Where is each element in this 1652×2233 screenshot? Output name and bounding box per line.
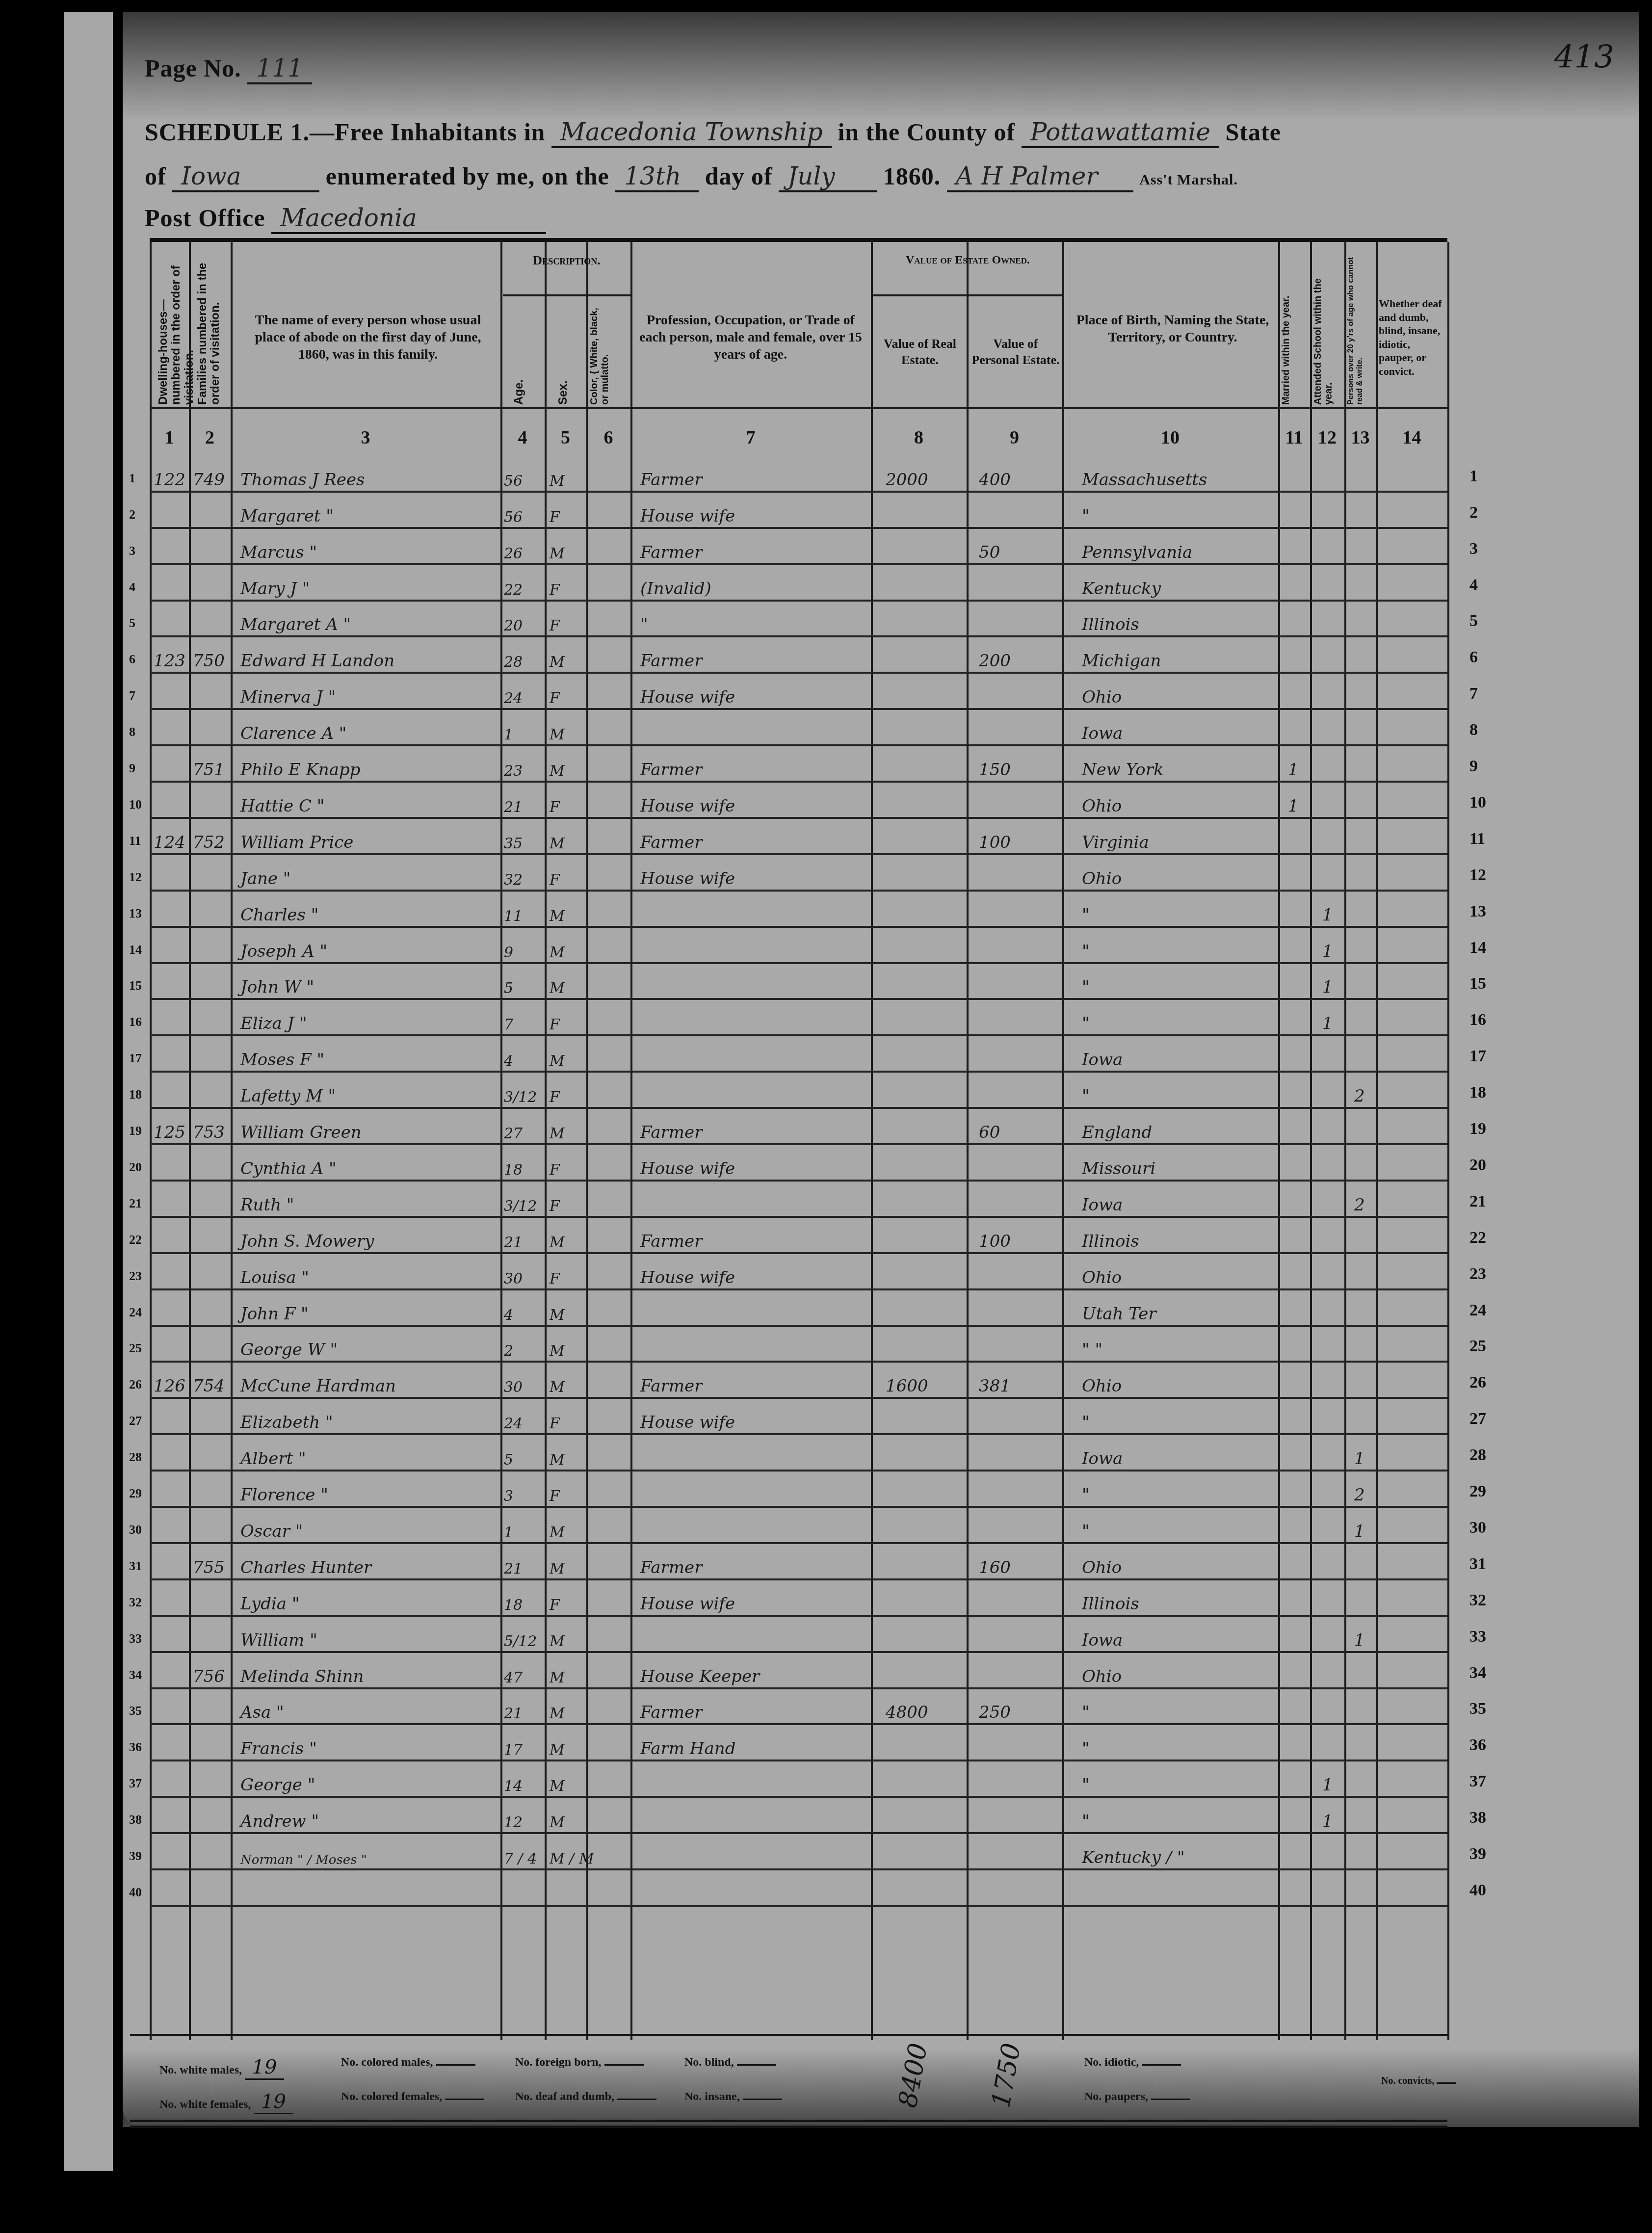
birthplace: " (1082, 1812, 1090, 1831)
occupation: Farmer (640, 1703, 702, 1722)
real-estate-value: 4800 (886, 1703, 928, 1722)
birthplace: Ohio (1082, 1376, 1122, 1396)
occupation: (Invalid) (640, 579, 711, 599)
marshal-label: Ass't Marshal. (1139, 172, 1238, 188)
birthplace: " (1082, 1522, 1090, 1541)
birthplace: " (1082, 1485, 1090, 1505)
line-number-left: 40 (129, 1885, 142, 1900)
line-number-left: 14 (129, 943, 142, 957)
personal-estate-value: 200 (979, 651, 1011, 671)
occupation: Farmer (640, 833, 702, 852)
occupation: House wife (640, 1268, 735, 1287)
post-office-field: Macedonia (271, 204, 546, 234)
year-label: 1860. (883, 162, 941, 190)
person-name: William Price (240, 833, 353, 852)
line-number-left: 29 (129, 1486, 142, 1501)
person-name: Ruth " (240, 1195, 294, 1215)
sex: F (550, 1488, 560, 1505)
person-name: Mary J " (240, 579, 310, 599)
age: 18 (504, 1161, 523, 1179)
line-number-right: 30 (1469, 1519, 1486, 1537)
occupation: House wife (640, 869, 735, 889)
colored-males-summary: No. colored males, (341, 2056, 475, 2069)
table-row: 23Louisa "30FHouse wifeOhio23 (150, 1254, 1447, 1290)
white-males-count: 19 (245, 2056, 284, 2080)
sex: M (550, 1669, 565, 1686)
line-number-left: 39 (129, 1849, 142, 1864)
birthplace: " (1082, 506, 1090, 526)
birthplace: Ohio (1082, 1268, 1122, 1287)
birthplace: Illinois (1082, 1594, 1139, 1614)
summary-footer: No. white males, 19 No. white females, 1… (150, 2041, 1447, 2129)
col-number: 8 (871, 427, 967, 448)
occupation: House Keeper (640, 1667, 760, 1686)
age: 11 (504, 908, 523, 925)
occupation: Farmer (640, 1123, 702, 1142)
family-number: 751 (193, 760, 225, 780)
line-number-right: 4 (1469, 576, 1478, 595)
total-real-estate: 8400 (893, 2041, 933, 2110)
personal-estate-value: 100 (979, 1232, 1011, 1251)
col13-header: Persons over 20 y'rs of age who cannot r… (1347, 248, 1375, 405)
line-number-left: 11 (129, 834, 141, 848)
occupation: Farmer (640, 651, 702, 671)
line-number-right: 24 (1469, 1301, 1486, 1320)
personal-estate-value: 50 (979, 543, 1000, 562)
person-name: Lafetty M " (240, 1086, 336, 1106)
family-number: 752 (193, 833, 225, 852)
person-name: Philo E Knapp (240, 760, 361, 780)
sex: M (550, 980, 565, 997)
age: 22 (504, 581, 523, 599)
person-name: Albert " (240, 1449, 306, 1469)
table-row: 4040 (150, 1870, 1447, 1907)
person-name: George " (240, 1775, 315, 1795)
line-number-right: 34 (1469, 1664, 1486, 1682)
table-row: 24John F "4MUtah Ter24 (150, 1290, 1447, 1327)
age: 5 (504, 980, 513, 997)
enumeration-line: of Iowa enumerated by me, on the 13th da… (145, 162, 1238, 192)
sex: M (550, 545, 565, 562)
personal-estate-value: 60 (979, 1123, 1000, 1142)
illiterate-mark: 2 (1354, 1195, 1365, 1215)
convicts-summary: No. convicts, (1381, 2075, 1456, 2087)
line-number-left: 31 (129, 1559, 142, 1574)
age: 5/12 (504, 1633, 537, 1650)
illiterate-mark: 1 (1354, 1522, 1365, 1541)
table-row: 17Moses F "4MIowa17 (150, 1036, 1447, 1073)
table-row: 31755Charles Hunter21MFarmer160Ohio31 (150, 1544, 1447, 1580)
age: 23 (504, 762, 523, 780)
sex: M (550, 1307, 565, 1324)
line-number-right: 36 (1469, 1736, 1486, 1755)
birthplace: Ohio (1082, 796, 1122, 816)
personal-estate-value: 250 (979, 1703, 1011, 1722)
table-row: 11124752William Price35MFarmer100Virgini… (150, 819, 1447, 855)
table-row: 15John W "5M"115 (150, 964, 1447, 1000)
line-number-left: 3 (129, 544, 135, 558)
of-label: of (145, 162, 166, 190)
age: 7 (504, 1016, 513, 1033)
month-field: July (779, 162, 877, 192)
sex: M (550, 1379, 565, 1396)
person-name: Melinda Shinn (240, 1667, 364, 1686)
line-number-left: 8 (129, 725, 135, 739)
birthplace: Iowa (1082, 724, 1123, 743)
person-name: McCune Hardman (240, 1376, 396, 1396)
birthplace: England (1082, 1123, 1152, 1142)
occupation: House wife (640, 1594, 735, 1614)
table-row: 39Norman " / Moses "7 / 4M / MKentucky /… (150, 1834, 1447, 1870)
birthplace: " (1082, 1739, 1090, 1759)
township-field: Macedonia Township (551, 118, 832, 148)
table-row: 8Clarence A "1MIowa8 (150, 710, 1447, 746)
personal-estate-value: 100 (979, 833, 1011, 852)
person-name: Lydia " (240, 1594, 300, 1614)
person-name: John S. Mowery (240, 1232, 374, 1251)
age: 56 (504, 509, 523, 526)
person-name: Moses F " (240, 1050, 324, 1070)
marshal-signature: A H Palmer (947, 162, 1133, 192)
age: 4 (504, 1052, 513, 1070)
col1-header: Dwelling-houses— numbered in the order o… (157, 258, 186, 405)
line-number-right: 18 (1469, 1083, 1486, 1102)
sex: M (550, 1052, 565, 1070)
col6-header: Color, { White, black, or mulatto. (589, 299, 628, 405)
state-label: State (1226, 118, 1281, 146)
person-name: Eliza J " (240, 1014, 307, 1033)
table-row: 34756Melinda Shinn47MHouse KeeperOhio34 (150, 1653, 1447, 1689)
line-number-right: 35 (1469, 1700, 1486, 1718)
age: 5 (504, 1451, 513, 1469)
line-number-right: 27 (1469, 1410, 1486, 1428)
birthplace: " (1082, 1703, 1090, 1722)
person-name: Charles " (240, 905, 318, 925)
line-number-right: 21 (1469, 1192, 1486, 1211)
sex: M / M (550, 1850, 594, 1867)
dwelling-number: 123 (154, 651, 185, 671)
person-name: Margaret " (240, 506, 334, 526)
birthplace: Massachusetts (1082, 470, 1207, 490)
line-number-left: 25 (129, 1341, 142, 1356)
school-mark: 1 (1322, 942, 1333, 961)
col-number: 14 (1376, 427, 1447, 448)
table-row: 10Hattie C "21FHouse wifeOhio110 (150, 783, 1447, 819)
age: 12 (504, 1814, 523, 1831)
sex: F (550, 690, 560, 707)
sex: M (550, 1814, 565, 1831)
personal-estate-value: 381 (979, 1376, 1011, 1396)
age: 21 (504, 1234, 523, 1251)
school-mark: 1 (1322, 905, 1333, 925)
sex: M (550, 944, 565, 961)
school-mark: 1 (1322, 977, 1333, 997)
day-of-label: day of (705, 162, 773, 190)
line-number-right: 13 (1469, 902, 1486, 921)
table-row: 35Asa "21MFarmer4800250"35 (150, 1689, 1447, 1726)
line-number-right: 33 (1469, 1628, 1486, 1646)
col7-header: Profession, Occupation, or Trade of each… (635, 312, 866, 363)
sex: M (550, 908, 565, 925)
birthplace: Iowa (1082, 1630, 1123, 1650)
table-row: 37George "14M"137 (150, 1761, 1447, 1798)
family-number: 750 (193, 651, 225, 671)
table-row: 29Florence "3F"229 (150, 1471, 1447, 1508)
col9-header: Value of Personal Estate. (969, 336, 1062, 368)
line-number-right: 5 (1469, 612, 1478, 630)
line-number-left: 21 (129, 1196, 142, 1211)
line-number-right: 15 (1469, 974, 1486, 993)
line-number-right: 14 (1469, 939, 1486, 957)
post-office-label: Post Office (145, 204, 265, 232)
county-label: in the County of (838, 118, 1015, 146)
birthplace: " (1082, 905, 1090, 925)
col2-header: Families numbered in the order of visita… (196, 258, 226, 405)
table-row: 16Eliza J "7F"116 (150, 1000, 1447, 1037)
occupation: " (640, 615, 648, 634)
col-number: 1 (150, 427, 189, 448)
sex: M (550, 835, 565, 852)
line-number-right: 37 (1469, 1772, 1486, 1791)
occupation: House wife (640, 506, 735, 526)
col5-header: Sex. (557, 312, 579, 405)
person-name: Thomas J Rees (240, 470, 365, 490)
sex: F (550, 1089, 560, 1106)
age: 24 (504, 1415, 523, 1432)
age: 4 (504, 1307, 513, 1324)
line-number-right: 6 (1469, 648, 1478, 667)
sex: F (550, 1161, 560, 1179)
col14-header: Whether deaf and dumb, blind, insane, id… (1379, 297, 1446, 378)
table-row: 6123750Edward H Landon28MFarmer200Michig… (150, 638, 1447, 674)
table-row: 2Margaret "56FHouse wife"2 (150, 493, 1447, 529)
line-number-left: 12 (129, 870, 142, 885)
age: 2 (504, 1342, 513, 1360)
sex: F (550, 1415, 560, 1432)
family-number: 755 (193, 1558, 225, 1577)
age: 26 (504, 545, 523, 562)
table-row: 7Minerva J "24FHouse wifeOhio7 (150, 674, 1447, 710)
school-mark: 1 (1322, 1014, 1333, 1033)
table-row: 3Marcus "26MFarmer50Pennsylvania3 (150, 529, 1447, 565)
occupation: Farm Hand (640, 1739, 735, 1759)
page-no-label: Page No. (145, 54, 241, 82)
sex: M (550, 762, 565, 780)
sex: F (550, 581, 560, 599)
person-name: Edward H Landon (240, 651, 394, 671)
line-number-left: 20 (129, 1160, 142, 1175)
person-name: Florence " (240, 1485, 328, 1505)
line-number-right: 20 (1469, 1156, 1486, 1175)
line-number-right: 40 (1469, 1881, 1486, 1900)
birthplace: " (1082, 1413, 1090, 1432)
line-number-left: 23 (129, 1269, 142, 1284)
line-number-left: 30 (129, 1523, 142, 1537)
person-name: Cynthia A " (240, 1159, 337, 1179)
table-row: 33William "5/12MIowa133 (150, 1617, 1447, 1653)
person-name: Louisa " (240, 1268, 309, 1287)
line-number-right: 22 (1469, 1229, 1486, 1247)
total-personal-estate: 1750 (986, 2041, 1026, 2110)
line-number-left: 15 (129, 978, 142, 993)
age: 20 (504, 617, 523, 634)
col-number: 3 (231, 427, 500, 448)
sex: M (550, 1451, 565, 1469)
occupation: House wife (640, 1413, 735, 1432)
occupation: Farmer (640, 1558, 702, 1577)
dwelling-number: 125 (154, 1123, 185, 1142)
line-number-left: 5 (129, 616, 135, 630)
family-number: 753 (193, 1123, 225, 1142)
birthplace: Michigan (1082, 651, 1161, 671)
sex: F (550, 799, 560, 816)
line-number-left: 10 (129, 797, 142, 812)
line-number-left: 36 (129, 1740, 142, 1755)
birthplace: Ohio (1082, 869, 1122, 889)
col-number: 10 (1062, 427, 1278, 448)
line-number-left: 26 (129, 1377, 142, 1392)
table-row: 13Charles "11M"113 (150, 892, 1447, 928)
birthplace: Ohio (1082, 1667, 1122, 1686)
line-number-right: 31 (1469, 1555, 1486, 1574)
birthplace: Ohio (1082, 687, 1122, 707)
deaf-dumb-summary: No. deaf and dumb, (515, 2090, 656, 2103)
birthplace: Pennsylvania (1082, 543, 1192, 562)
line-number-left: 1 (129, 471, 135, 486)
table-row: 27Elizabeth "24FHouse wife"27 (150, 1399, 1447, 1435)
birthplace: Iowa (1082, 1195, 1123, 1215)
age: 32 (504, 871, 523, 889)
birthplace: Missouri (1082, 1159, 1155, 1179)
sex: M (550, 654, 565, 671)
personal-estate-value: 400 (979, 470, 1011, 490)
line-number-left: 16 (129, 1015, 142, 1029)
line-number-left: 19 (129, 1124, 142, 1138)
line-number-right: 12 (1469, 866, 1486, 885)
table-row: 25George W "2M" "25 (150, 1327, 1447, 1363)
col12-header: Attended School within the year. (1312, 258, 1343, 405)
age: 28 (504, 654, 523, 671)
age: 7 / 4 (504, 1850, 537, 1867)
illiterate-mark: 1 (1354, 1630, 1365, 1650)
census-page: Page No. 111 413 SCHEDULE 1.—Free Inhabi… (123, 12, 1639, 2127)
age: 18 (504, 1597, 523, 1614)
age: 21 (504, 799, 523, 816)
schedule-line: SCHEDULE 1.—Free Inhabitants in Macedoni… (145, 118, 1281, 148)
line-number-right: 2 (1469, 503, 1478, 522)
sex: M (550, 473, 565, 490)
line-number-left: 27 (129, 1414, 142, 1428)
age: 56 (504, 473, 523, 490)
line-number-right: 26 (1469, 1373, 1486, 1392)
table-row: 1122749Thomas J Rees56MFarmer2000400Mass… (150, 456, 1447, 493)
line-number-left: 28 (129, 1450, 142, 1465)
line-number-right: 23 (1469, 1265, 1486, 1284)
birthplace: " (1082, 942, 1090, 961)
line-number-right: 25 (1469, 1337, 1486, 1356)
occupation: Farmer (640, 1376, 702, 1396)
birthplace: Ohio (1082, 1558, 1122, 1577)
person-name: Minerva J " (240, 687, 336, 707)
birthplace: Illinois (1082, 1232, 1139, 1251)
dwelling-number: 122 (154, 470, 185, 490)
birthplace: Illinois (1082, 615, 1139, 634)
line-number-left: 32 (129, 1595, 142, 1610)
person-name: Oscar " (240, 1522, 303, 1541)
birthplace: Iowa (1082, 1449, 1123, 1469)
day-field: 13th (615, 162, 699, 192)
table-row: 38Andrew "12M"138 (150, 1798, 1447, 1834)
line-number-left: 33 (129, 1631, 142, 1646)
age: 21 (504, 1705, 523, 1722)
birthplace: Iowa (1082, 1050, 1123, 1070)
person-name: William Green (240, 1123, 362, 1142)
blind-summary: No. blind, (684, 2056, 776, 2069)
age: 3 (504, 1488, 513, 1505)
page-number-line: Page No. 111 (145, 54, 312, 84)
description-group-header: Description. (503, 253, 630, 269)
sex: M (550, 1778, 565, 1795)
person-name: Elizabeth " (240, 1413, 333, 1432)
person-name: Joseph A " (240, 942, 327, 961)
sex: F (550, 1597, 560, 1614)
sex: F (550, 871, 560, 889)
paupers-summary: No. paupers, (1084, 2090, 1190, 2103)
occupation: Farmer (640, 470, 702, 490)
birthplace: Virginia (1082, 833, 1149, 852)
line-number-right: 16 (1469, 1011, 1486, 1029)
table-row: 36Francis "17MFarm Hand"36 (150, 1726, 1447, 1762)
enumerated-label: enumerated by me, on the (326, 162, 609, 190)
person-name: Margaret A " (240, 615, 351, 634)
line-number-left: 4 (129, 580, 135, 595)
illiterate-mark: 2 (1354, 1086, 1365, 1106)
sex: M (550, 726, 565, 743)
married-mark: 1 (1288, 760, 1299, 780)
col4-header: Age. (513, 312, 535, 405)
line-number-right: 32 (1469, 1591, 1486, 1610)
stamped-page-number: 413 (1554, 39, 1614, 76)
white-females-summary: No. white females, 19 (159, 2090, 293, 2114)
sex: M (550, 1633, 565, 1650)
person-name: Clarence A " (240, 724, 346, 743)
line-number-right: 7 (1469, 684, 1478, 703)
line-number-left: 13 (129, 906, 142, 921)
col-number: 5 (545, 427, 586, 448)
person-name: William " (240, 1630, 317, 1650)
age: 30 (504, 1379, 523, 1396)
white-females-count: 19 (254, 2090, 293, 2114)
line-number-right: 38 (1469, 1809, 1486, 1827)
col-number: 11 (1278, 427, 1310, 448)
dwelling-number: 124 (154, 833, 185, 852)
birthplace: Kentucky / " (1082, 1848, 1185, 1867)
line-number-left: 7 (129, 688, 135, 703)
real-estate-value: 1600 (886, 1376, 928, 1396)
line-number-right: 8 (1469, 721, 1478, 739)
real-estate-value: 2000 (886, 470, 928, 490)
state-field: Iowa (172, 162, 319, 192)
line-number-left: 22 (129, 1233, 142, 1247)
person-name: John W " (240, 977, 314, 997)
col-number: 13 (1344, 427, 1376, 448)
person-name: Hattie C " (240, 796, 325, 816)
sex: M (550, 1741, 565, 1759)
family-number: 756 (193, 1667, 225, 1686)
sex: M (550, 1234, 565, 1251)
line-number-left: 2 (129, 507, 135, 522)
line-number-left: 38 (129, 1813, 142, 1827)
